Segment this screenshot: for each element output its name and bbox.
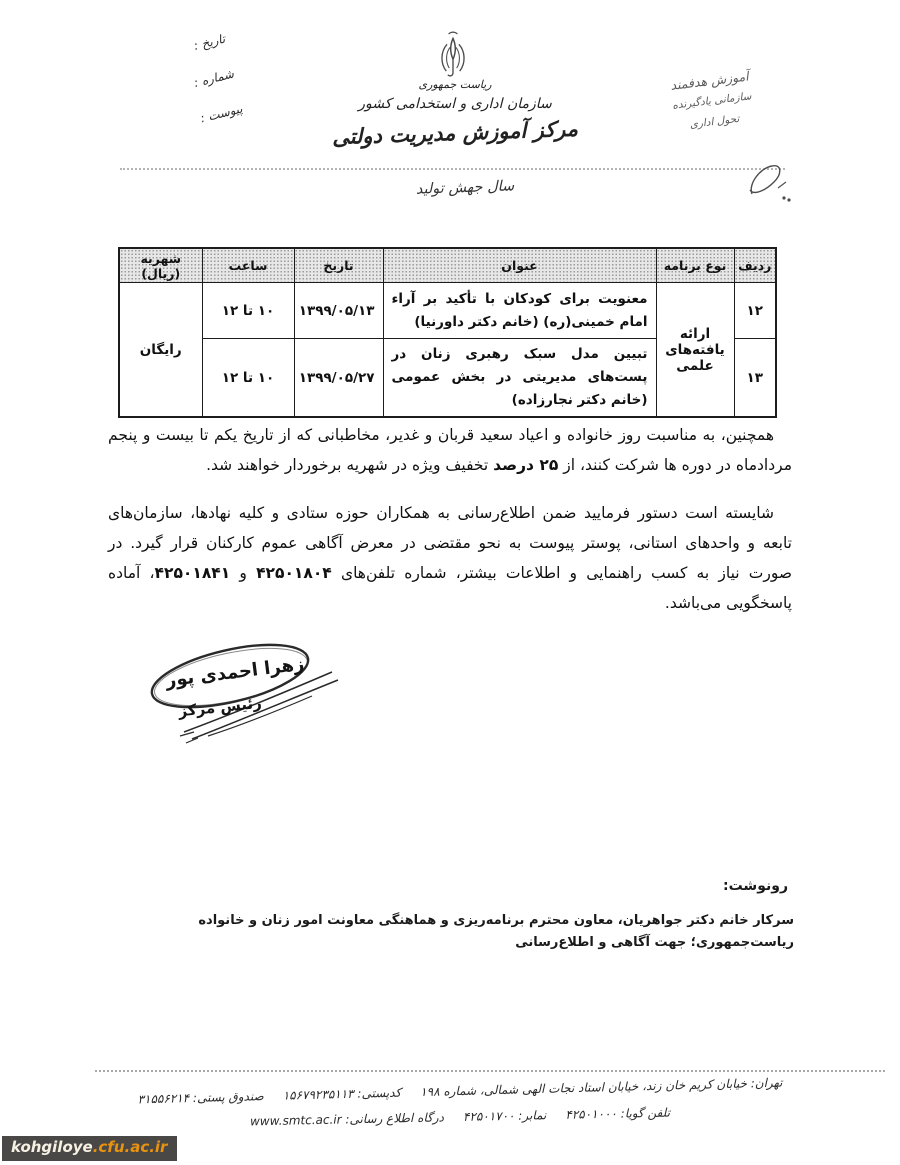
cc-heading: رونوشت: <box>723 878 788 894</box>
header-title: عنوان <box>383 248 656 283</box>
program-title-cell: تبیین مدل سبک رهبری زنان در پست‌های مدیر… <box>383 339 656 418</box>
handwritten-mark <box>738 158 800 214</box>
discount-paragraph: همچنین، به مناسبت روز خانواده و اعیاد سع… <box>108 420 792 480</box>
header-row-number: ردیف <box>734 248 776 283</box>
table-header-row: ردیف نوع برنامه عنوان تاریخ ساعت شهریه (… <box>119 248 776 283</box>
tuition-cell: رایگان <box>119 283 202 418</box>
header-date: تاریخ <box>294 248 383 283</box>
signature-stamp: زهرا احمدی پور رئیس مرکز <box>132 632 347 752</box>
year-slogan: سال جهش تولید <box>360 176 570 199</box>
footer-dotted-separator <box>95 1070 885 1072</box>
discount-percentage: ۲۵ درصد <box>493 456 558 474</box>
row-number-cell: ۱۲ <box>734 283 776 339</box>
program-date-cell: ۱۳۹۹/۰۵/۲۷ <box>294 339 383 418</box>
footer-address-line: تهران: خیابان کریم خان زند، خیابان استاد… <box>90 1074 830 1107</box>
site-watermark: kohgiloye.cfu.ac.ir <box>2 1136 177 1161</box>
org-administrative-line: سازمان اداری و استخدامی کشور <box>320 96 590 112</box>
watermark-site-name: kohgiloye <box>11 1138 93 1156</box>
header-tuition: شهریه (ریال) <box>119 248 202 283</box>
discount-text-after: تخفیف ویژه در شهریه برخوردار خواهند شد. <box>206 456 493 474</box>
letterhead-slogan: آموزش هدفمند سازمانی یادگیرنده تحول ادار… <box>649 63 776 140</box>
program-time-cell: ۱۰ تا ۱۲ <box>202 339 294 418</box>
instruction-paragraph: شایسته است دستور فرمایید ضمن اطلاع‌رسانی… <box>108 498 792 618</box>
header-time: ساعت <box>202 248 294 283</box>
letter-meta-fields: تاریخ : شماره : پیوست : <box>104 21 247 155</box>
org-presidency-line: ریاست جمهوری <box>320 78 590 91</box>
watermark-domain: .cfu.ac.ir <box>93 1138 168 1156</box>
signature-scribble-icon <box>132 632 347 752</box>
cc-recipient-line: سرکار خانم دکتر جواهریان، معاون محترم بر… <box>102 910 794 954</box>
row-number-cell: ۱۳ <box>734 339 776 418</box>
iran-emblem-icon <box>430 28 476 84</box>
conjunction-text: و <box>230 564 256 582</box>
table-row: ۱۲ ارائه یافته‌های علمی معنویت برای کودک… <box>119 283 776 339</box>
footer-contact-line: تلفن گویا: ۴۲۵۰۱۰۰۰ نمابر: ۴۲۵۰۱۷۰۰ درگا… <box>240 1105 680 1128</box>
program-type-cell: ارائه یافته‌های علمی <box>656 283 734 418</box>
header-dotted-separator <box>120 168 785 170</box>
program-table: ردیف نوع برنامه عنوان تاریخ ساعت شهریه (… <box>118 247 777 418</box>
org-center-name: مرکز آموزش مدیریت دولتی <box>320 116 591 149</box>
phone-number-2: ۴۲۵۰۱۸۴۱ <box>155 564 231 582</box>
organization-header: ریاست جمهوری سازمان اداری و استخدامی کشو… <box>320 78 590 145</box>
phone-number-1: ۴۲۵۰۱۸۰۴ <box>256 564 332 582</box>
program-time-cell: ۱۰ تا ۱۲ <box>202 283 294 339</box>
header-program-type: نوع برنامه <box>656 248 734 283</box>
program-date-cell: ۱۳۹۹/۰۵/۱۳ <box>294 283 383 339</box>
program-title-cell: معنویت برای کودکان با تأکید بر آراء امام… <box>383 283 656 339</box>
